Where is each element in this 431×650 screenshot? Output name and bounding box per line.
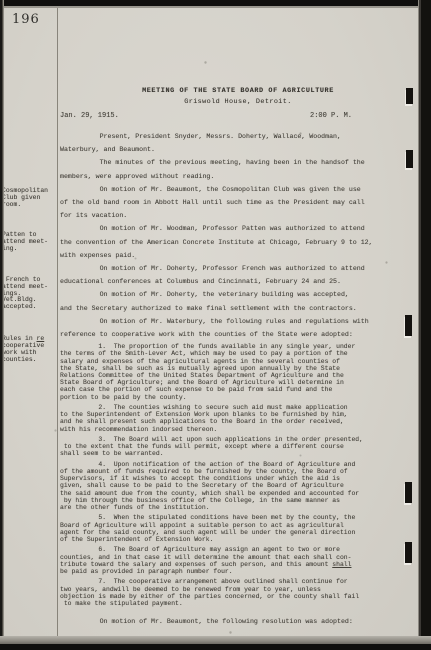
margin-note-patten: Patten to attend meet- ing. bbox=[2, 231, 57, 252]
rule-6-text: 6. The Board of Agriculture may assign a… bbox=[60, 546, 351, 567]
scanned-minutes-page: 196 Cosmopolitan Club given room. Patten… bbox=[0, 0, 431, 650]
rule-6: 6. The Board of Agriculture may assign a… bbox=[60, 546, 416, 575]
scan-edge-bottom bbox=[0, 644, 431, 650]
document-body: MEETING OF THE STATE BOARD OF AGRICULTUR… bbox=[60, 0, 416, 628]
margin-divider-line bbox=[57, 8, 58, 636]
rule-1: 1. The proportion of the funds available… bbox=[60, 343, 416, 401]
minutes-narrative: Present, President Snyder, Messrs. Doher… bbox=[60, 130, 416, 341]
closing-line: On motion of Mr. Beaumont, the following… bbox=[60, 615, 416, 628]
margin-note-vet-bldg: Vet.Bldg. accepted. bbox=[2, 296, 57, 310]
margin-note-underlined-word: re bbox=[37, 335, 45, 342]
margin-note-french: French to attend meet- ings. bbox=[2, 276, 57, 297]
margin-note-text: cooperative work with counties. bbox=[2, 342, 44, 363]
rule-4: 4. Upon notification of the action of th… bbox=[60, 461, 416, 511]
meeting-location: Griswold House, Detroit. bbox=[60, 98, 416, 107]
binder-mark bbox=[406, 150, 413, 168]
meeting-time: 2:00 P. M. bbox=[310, 112, 352, 120]
page-number: 196 bbox=[12, 12, 40, 27]
scan-edge-left bbox=[0, 0, 4, 650]
scan-edge-right bbox=[418, 0, 431, 650]
rule-3: 3. The Board will act upon such applicat… bbox=[60, 436, 416, 458]
margin-note-rules-cooperative: Rules in re cooperative work with counti… bbox=[2, 335, 57, 363]
binder-mark bbox=[405, 482, 412, 503]
binder-mark bbox=[405, 315, 412, 336]
page-top-crease bbox=[0, 6, 431, 8]
rule-7: 7. The cooperative arrangement above out… bbox=[60, 578, 416, 607]
rule-5: 5. When the stipulated conditions have b… bbox=[60, 514, 416, 543]
meeting-date: Jan. 29, 1915. bbox=[60, 112, 119, 120]
margin-note-text: Rules in bbox=[2, 335, 37, 342]
binder-mark bbox=[406, 88, 413, 104]
binder-mark bbox=[405, 542, 412, 563]
rule-6-underlined-word: shall bbox=[332, 561, 351, 568]
margin-note-cosmopolitan-club: Cosmopolitan Club given room. bbox=[2, 187, 57, 208]
rules-list: 1. The proportion of the funds available… bbox=[60, 343, 416, 607]
rule-6-text: be paid as provided in paragraph number … bbox=[60, 568, 233, 575]
next-page-edge bbox=[0, 636, 431, 644]
rule-2: 2. The counties wishing to secure such a… bbox=[60, 404, 416, 433]
date-row: Jan. 29, 1915. 2:00 P. M. bbox=[60, 112, 416, 125]
meeting-title: MEETING OF THE STATE BOARD OF AGRICULTUR… bbox=[60, 87, 416, 96]
